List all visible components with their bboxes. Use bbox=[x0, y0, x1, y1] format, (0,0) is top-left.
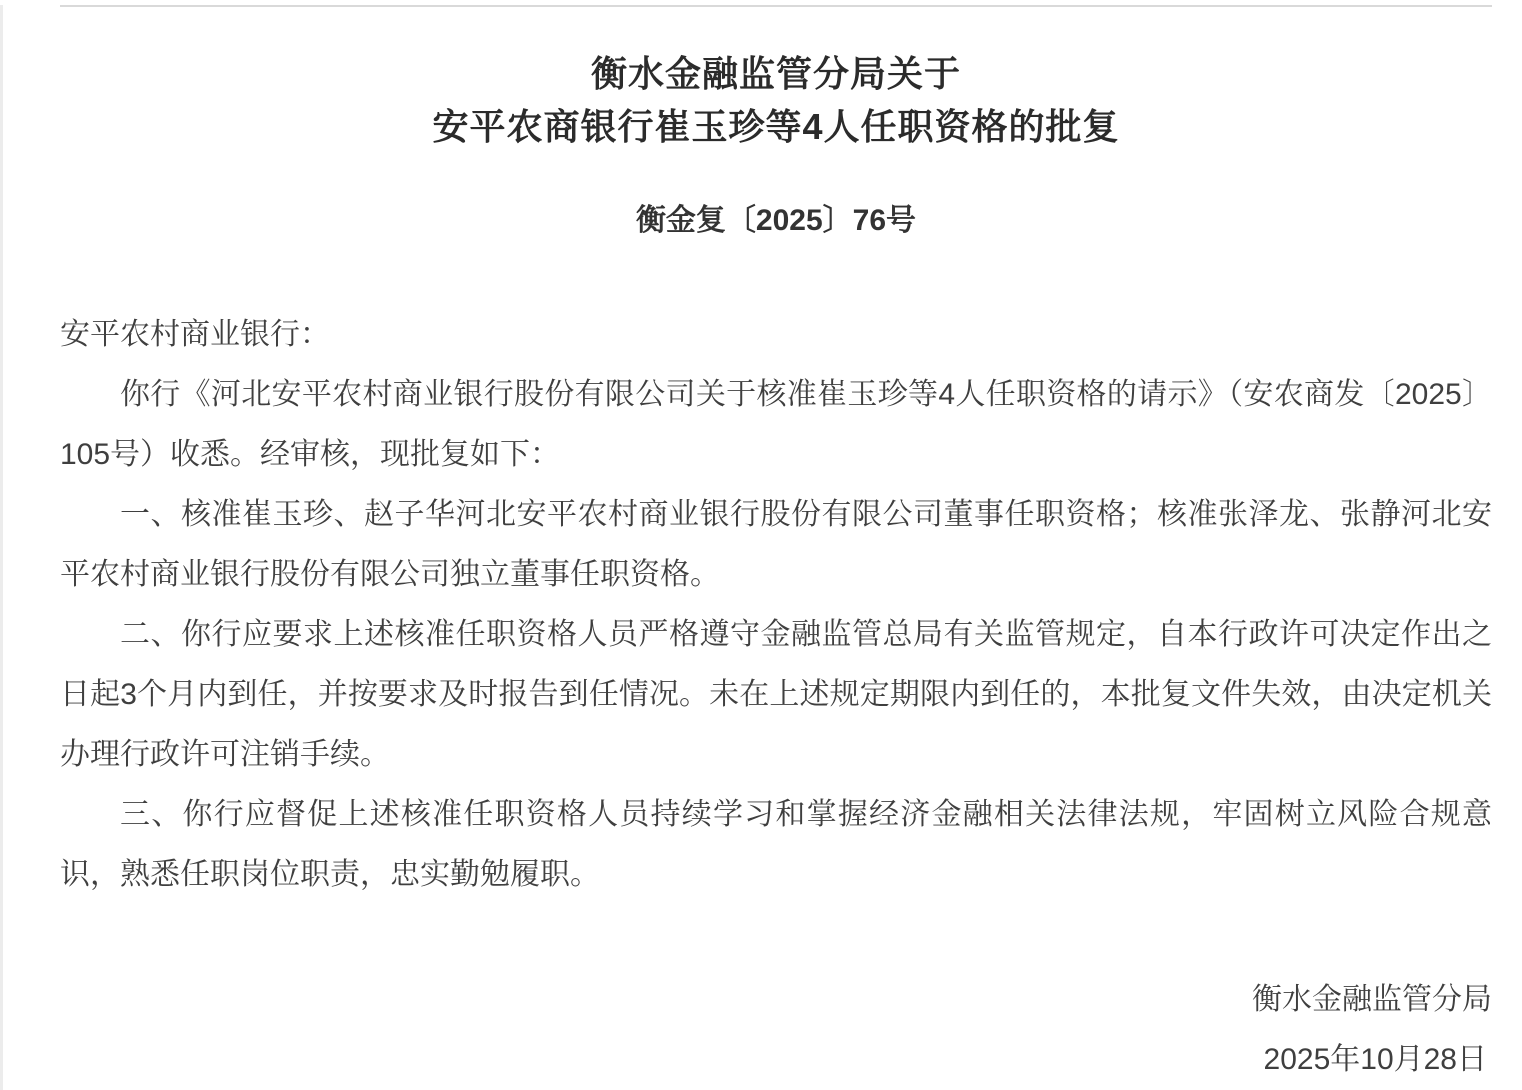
salutation: 安平农村商业银行： bbox=[60, 305, 1492, 365]
document-title: 衡水金融监管分局关于 安平农商银行崔玉珍等4人任职资格的批复 bbox=[60, 47, 1492, 153]
document-number: 衡金复〔2025〕76号 bbox=[60, 201, 1492, 241]
left-edge-line bbox=[0, 5, 3, 1090]
paragraph-intro: 你行《河北安平农村商业银行股份有限公司关于核准崔玉珍等4人任职资格的请示》（安农… bbox=[60, 365, 1492, 485]
paragraph-item-1: 一、核准崔玉珍、赵子华河北安平农村商业银行股份有限公司董事任职资格；核准张泽龙、… bbox=[60, 485, 1492, 605]
top-divider bbox=[60, 5, 1492, 7]
paragraph-item-2: 二、你行应要求上述核准任职资格人员严格遵守金融监管总局有关监管规定，自本行政许可… bbox=[60, 605, 1492, 785]
document-title-line1: 衡水金融监管分局关于 bbox=[591, 53, 961, 94]
signature-date: 2025年10月28日 bbox=[60, 1030, 1492, 1090]
document-page: 衡水金融监管分局关于 安平农商银行崔玉珍等4人任职资格的批复 衡金复〔2025〕… bbox=[0, 5, 1522, 1090]
document-body: 安平农村商业银行： 你行《河北安平农村商业银行股份有限公司关于核准崔玉珍等4人任… bbox=[60, 305, 1492, 905]
paragraph-item-3: 三、你行应督促上述核准任职资格人员持续学习和掌握经济金融相关法律法规，牢固树立风… bbox=[60, 785, 1492, 905]
signature-block: 衡水金融监管分局 2025年10月28日 bbox=[60, 970, 1492, 1090]
signature-issuer: 衡水金融监管分局 bbox=[60, 970, 1492, 1030]
document-title-line2: 安平农商银行崔玉珍等4人任职资格的批复 bbox=[432, 106, 1119, 147]
